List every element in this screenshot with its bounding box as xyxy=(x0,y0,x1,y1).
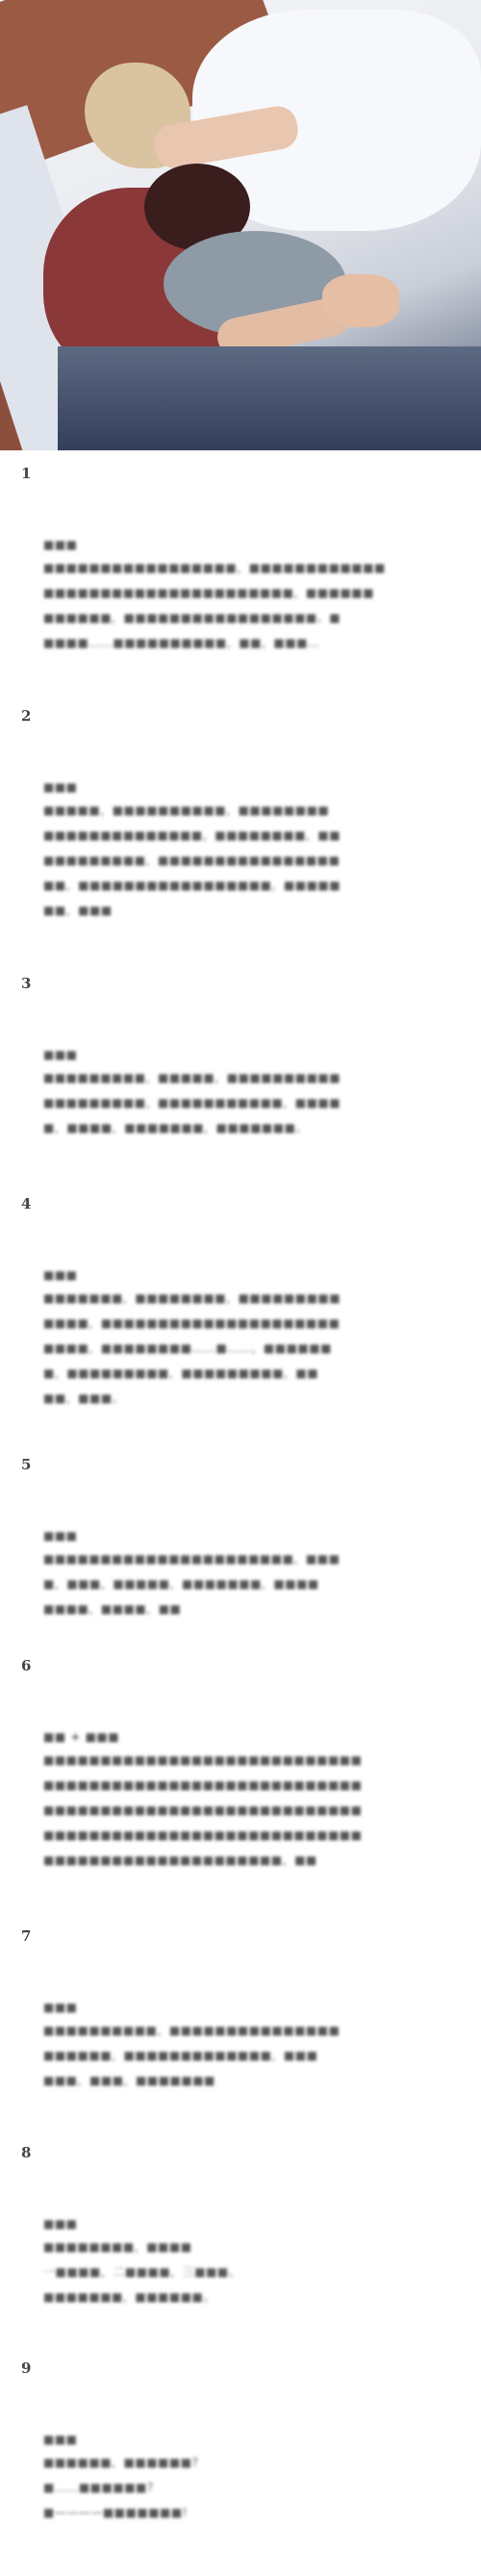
section-number: 8 xyxy=(21,2144,31,2161)
character-name: ■■■ xyxy=(43,534,438,555)
section-entry: ■■■■■■■■■■■■■■■■■■■■，■■■■■■■■■■■■■■■■■■■… xyxy=(43,534,438,655)
body-text-line: ■■■■■■■■■■■■■■■■■，■■■■■■■■■■■■ xyxy=(43,555,438,580)
section-entry: ■■■■■■■■■■■■■，■■■■■■■■■■■■■■■■■■■■■，■■■■… xyxy=(43,1997,438,2093)
body-text-line: ■■■■■，■■■■■■■■■■，■■■■■■■■ xyxy=(43,798,438,823)
body-text-line: ■■■■，■■■■，■■ xyxy=(43,1596,438,1621)
section-entry: ■■■■■■■■■■，■■■■■■■■，■■■■■■■■■■■■■，■■■■■■… xyxy=(43,1264,438,1411)
section-entry: ■■ + ■■■■■■■■■■■■■■■■■■■■■■■■■■■■■■■■■■■… xyxy=(43,1726,438,1873)
body-text-line: ■■■■■■■■■■■■■■■■■■■■■■■■■■■■ xyxy=(43,1823,438,1848)
body-text-line: ■■■■■■■■■，■■■■■，■■■■■■■■■■ xyxy=(43,1065,438,1090)
character-name: ■■■ xyxy=(43,1525,438,1546)
body-text-line: ■■■■■■■■■，■■■■■■■■■■■■■■■■ xyxy=(43,848,438,873)
body-text-line: ■■■■……■■■■■■■■■■，■■，■■■… xyxy=(43,630,438,655)
body-text-line: ■————■■■■■■■! xyxy=(43,2500,438,2525)
body-text-line: ■■■■■■■■■■■■■■■■■■■■■■■■■■■■ xyxy=(43,1798,438,1823)
section-number: 7 xyxy=(21,1927,31,1945)
section-entry: ■■■■■■■■■，■■■■■■?■……■■■■■■?■————■■■■■■■! xyxy=(43,2429,438,2525)
body-text-line: ■■■■，■■■■■■■■■■■■■■■■■■■■■ xyxy=(43,1311,438,1336)
character-name: ■■■ xyxy=(43,777,438,798)
body-text-line: ■■■■■■，■■■■■■■■■■■■■■■■■。■ xyxy=(43,605,438,630)
section-number: 9 xyxy=(21,2359,31,2377)
hero-illustration xyxy=(0,0,481,450)
body-text-line: ■，■■■，■■■■■，■■■■■■■，■■■■ xyxy=(43,1571,438,1596)
blanket xyxy=(58,346,481,450)
section-number: 6 xyxy=(21,1657,31,1674)
character-name: ■■■ xyxy=(43,1997,438,2018)
section-number: 2 xyxy=(21,707,31,725)
body-text-line: ■■■■■■■■■■■■■■■■■■■■■■，■■■ xyxy=(43,1546,438,1571)
section-entry: ■■■■■■■■■■■■■■■■■■■■■■■■■，■■■■，■■■，■■■■■… xyxy=(43,1525,438,1621)
body-text-line: ■■■■，■■■■■■■■……■……，■■■■■■ xyxy=(43,1336,438,1361)
body-text-line: ■■■■■■■■，■■■■ xyxy=(43,2234,438,2259)
body-text-line: 一■■■■，二■■■■，三■■■。 xyxy=(43,2259,438,2284)
body-text-line: ■■■■■■，■■■■■■? xyxy=(43,2450,438,2475)
body-text-line: ■■■■■■■■■■■■■■，■■■■■■■■，■■ xyxy=(43,823,438,848)
character-name: ■■ + ■■■ xyxy=(43,1726,438,1747)
section-number: 1 xyxy=(21,465,31,482)
body-text-line: ■■■■■■■，■■■■■■■■，■■■■■■■■■ xyxy=(43,1286,438,1311)
body-text-line: ■■■■■■■■■■■■■■■■■■■■■，■■ xyxy=(43,1848,438,1873)
section-number: 3 xyxy=(21,975,31,992)
section-number: 4 xyxy=(21,1195,31,1212)
body-text-line: ■■■，■■■，■■■■■■■ xyxy=(43,2068,438,2093)
body-text-line: ■，■■■■，■■■■■■■，■■■■■■■。 xyxy=(43,1115,438,1140)
character-name: ■■■ xyxy=(43,2429,438,2450)
body-text-line: ■，■■■■■■■■■，■■■■■■■■■，■■ xyxy=(43,1361,438,1386)
section-number: 5 xyxy=(21,1456,31,1473)
character-hand xyxy=(322,274,399,327)
body-text-line: ■■■■■■■■■■，■■■■■■■■■■■■■■■ xyxy=(43,2018,438,2043)
body-text-line: ■■■■■■■，■■■■■■。 xyxy=(43,2284,438,2309)
body-text-line: ■■■■■■■■■■■■■■■■■■■■■■■■■■■■ xyxy=(43,1773,438,1798)
body-text-line: ■■，■■■。 xyxy=(43,1386,438,1411)
body-text-line: ■■，■■■ xyxy=(43,898,438,923)
body-text-line: ■■■■■■■■■■■■■■■■■■■■■■，■■■■■■ xyxy=(43,580,438,605)
character-name: ■■■ xyxy=(43,1044,438,1065)
body-text-line: ■■■■■■■■■，■■■■■■■■■■■，■■■■ xyxy=(43,1090,438,1115)
body-text-line: ■■■■■■■■■■■■■■■■■■■■■■■■■■■■ xyxy=(43,1747,438,1773)
section-entry: ■■■■■■■■，■■■■■■■■■■，■■■■■■■■■■■■■■■■■■■■… xyxy=(43,777,438,923)
body-text-line: ■……■■■■■■? xyxy=(43,2475,438,2500)
body-text-line: ■■■■■■，■■■■■■■■■■■■■，■■■ xyxy=(43,2043,438,2068)
character-name: ■■■ xyxy=(43,2213,438,2234)
body-text-line: ■■，■■■■■■■■■■■■■■■■■，■■■■■ xyxy=(43,873,438,898)
character-name: ■■■ xyxy=(43,1264,438,1286)
section-entry: ■■■■■■■■■■■■，■■■■■，■■■■■■■■■■■■■■■■■■■，■… xyxy=(43,1044,438,1140)
section-entry: ■■■■■■■■■■■，■■■■一■■■■，二■■■■，三■■■。■■■■■■■… xyxy=(43,2213,438,2309)
